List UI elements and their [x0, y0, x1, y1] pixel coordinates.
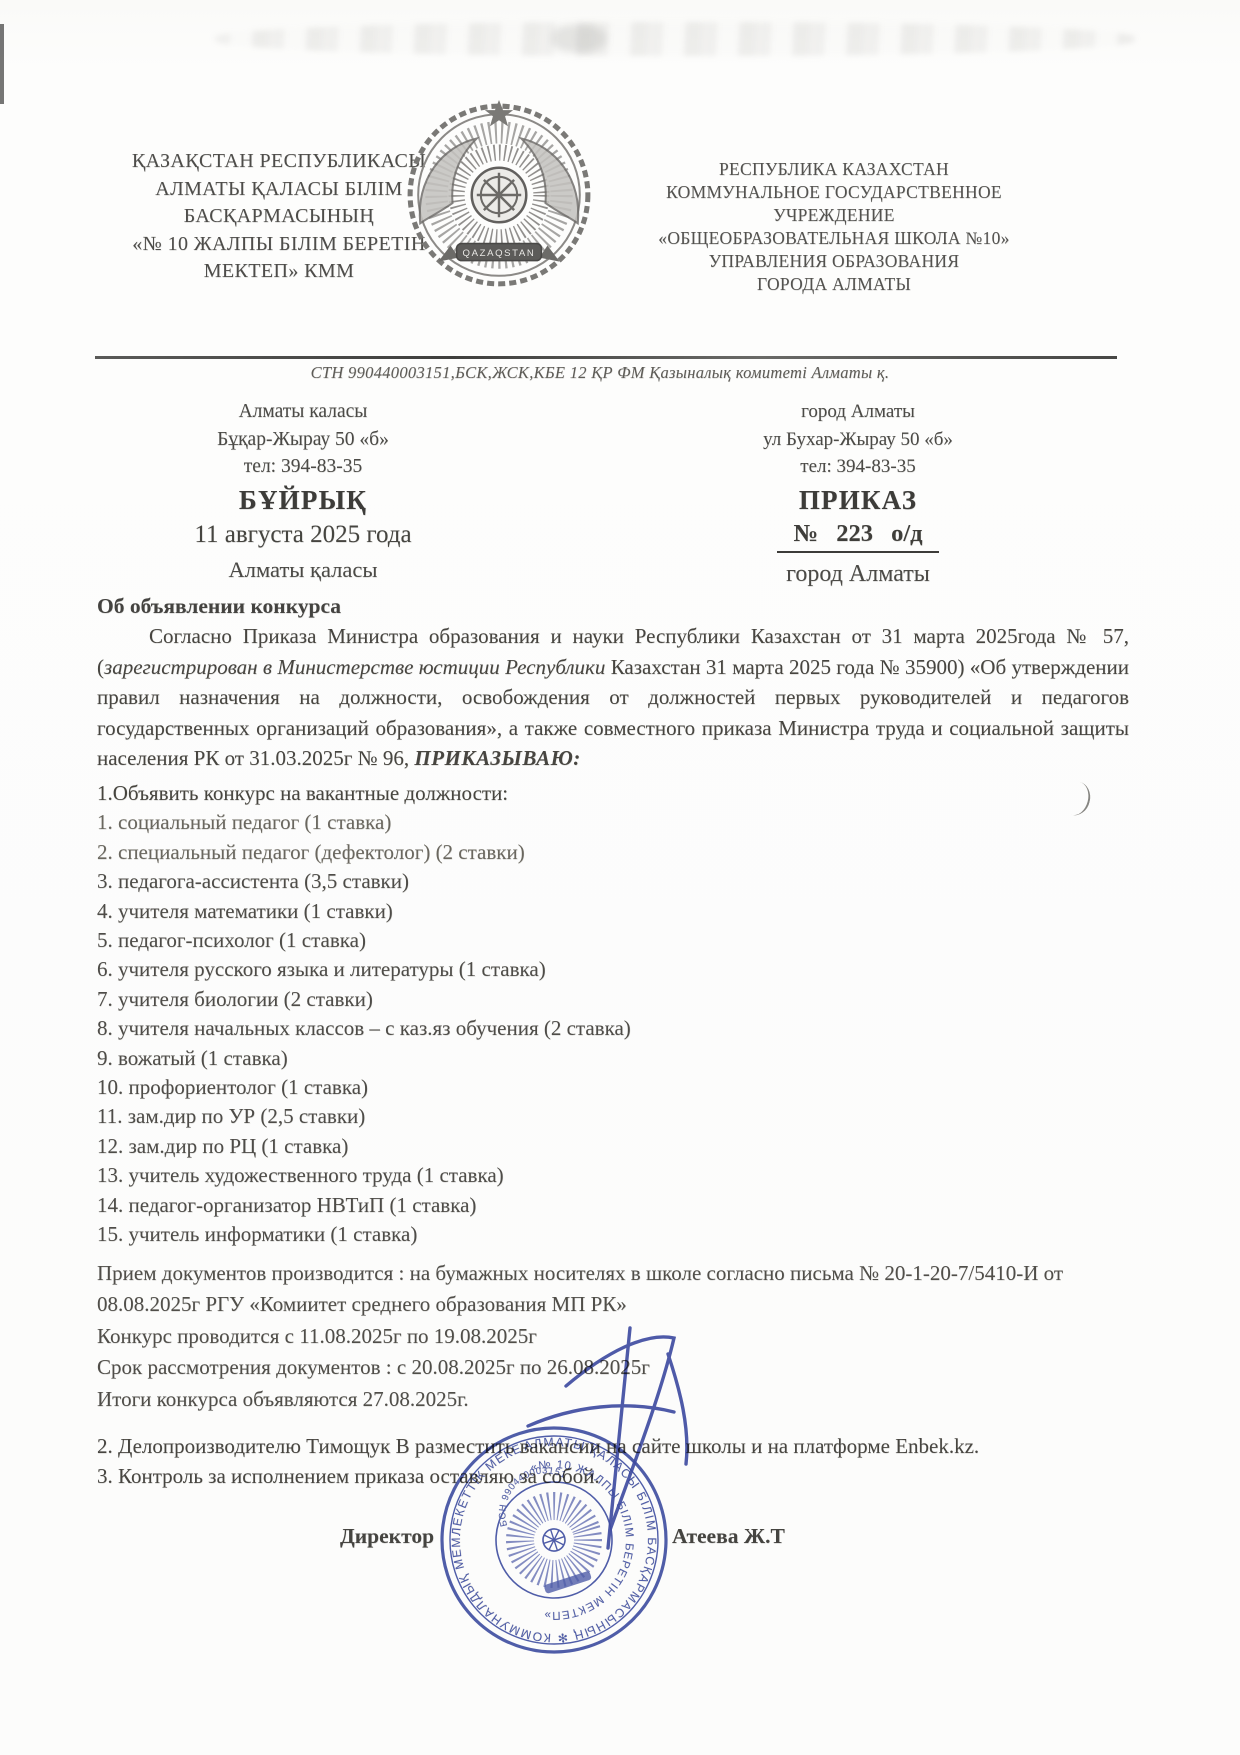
preamble-emphasis: ПРИКАЗЫВАЮ:	[414, 746, 580, 770]
vacancy-item: 3. педагога-ассистента (3,5 ставки)	[97, 867, 1129, 896]
city-line: Алматы каласы	[128, 398, 478, 426]
vacancy-item: 7. учителя биологии (2 ставки)	[97, 985, 1129, 1014]
address-line: Бұқар-Жырау 50 «б»	[128, 426, 478, 454]
phone-line: тел: 394-83-35	[652, 453, 1064, 481]
doc-date: 11 августа 2025 года	[128, 517, 478, 553]
doc-place: город Алматы	[652, 556, 1064, 592]
registration-line: СТН 990440003151,БСК,ЖСК,КБЕ 12 ҚР ФМ Қа…	[80, 363, 1120, 383]
order-info-kazakh: Алматы каласы Бұқар-Жырау 50 «б» тел: 39…	[128, 398, 478, 587]
vacancy-item: 4. учителя математики (1 ставки)	[97, 897, 1129, 926]
doc-type-russian: ПРИКАЗ	[652, 483, 1064, 517]
preamble-italic-text: зарегистрирован в Министерстве юстиции Р…	[104, 655, 605, 679]
vacancy-item: 9. вожатый (1 ставка)	[97, 1044, 1129, 1073]
org-name-russian: РЕСПУБЛИКА КАЗАХСТАН КОММУНАЛЬНОЕ ГОСУДА…	[618, 158, 1050, 296]
vacancy-item: 5. педагог-психолог (1 ставка)	[97, 926, 1129, 955]
vacancy-item: 14. педагог-организатор НВТиП (1 ставка)	[97, 1191, 1129, 1220]
phone-line: тел: 394-83-35	[128, 453, 478, 481]
org-name-line: КОММУНАЛЬНОЕ ГОСУДАРСТВЕННОЕ	[618, 181, 1050, 204]
vacancy-item: 6. учителя русского языка и литературы (…	[97, 955, 1129, 984]
vacancy-item: 15. учитель информатики (1 ставка)	[97, 1220, 1129, 1249]
org-name-line: ГОРОДА АЛМАТЫ	[618, 273, 1050, 296]
doc-number: № 223 о/д	[777, 517, 938, 553]
vacancy-item: 2. специальный педагог (дефектолог) (2 с…	[97, 838, 1129, 867]
order-subject: Об объявлении конкурса	[97, 594, 341, 619]
emblem-banner-label: QAZAQSTAN	[463, 248, 536, 259]
city-line: город Алматы	[652, 398, 1064, 426]
state-emblem-icon: QAZAQSTAN	[398, 92, 600, 298]
vacancy-item: 11. зам.дир по УР (2,5 ставки)	[97, 1102, 1129, 1131]
scan-smudge	[552, 25, 606, 52]
horizontal-rule	[95, 356, 1117, 359]
org-name-line: УПРАВЛЕНИЯ ОБРАЗОВАНИЯ	[618, 250, 1050, 273]
order-preamble: Согласно Приказа Министра образования и …	[97, 621, 1129, 774]
vacancy-list-intro: 1.Объявить конкурс на вакантные должност…	[97, 779, 1129, 808]
vacancy-item: 13. учитель художественного труда (1 ста…	[97, 1161, 1129, 1190]
doc-type-kazakh: БҰЙРЫҚ	[128, 483, 478, 517]
scan-edge-artifact	[0, 24, 4, 104]
vacancy-list: 1.Объявить конкурс на вакантные должност…	[97, 779, 1129, 1250]
org-name-line: РЕСПУБЛИКА КАЗАХСТАН	[618, 158, 1050, 181]
scanned-order-document: ҚАЗАҚСТАН РЕСПУБЛИКАСЫ АЛМАТЫ ҚАЛАСЫ БІЛ…	[0, 0, 1240, 1755]
org-name-line: «ОБЩЕОБРАЗОВАТЕЛЬНАЯ ШКОЛА №10»	[618, 227, 1050, 250]
vacancy-item: 1. социальный педагог (1 ставка)	[97, 808, 1129, 837]
order-info-russian: город Алматы ул Бухар-Жырау 50 «б» тел: …	[652, 398, 1064, 592]
doc-place: Алматы қаласы	[128, 553, 478, 587]
scan-smudge	[215, 22, 1135, 56]
vacancy-item: 8. учителя начальных классов – с каз.яз …	[97, 1014, 1129, 1043]
address-line: ул Бухар-Жырау 50 «б»	[652, 426, 1064, 454]
org-name-line: УЧРЕЖДЕНИЕ	[618, 204, 1050, 227]
vacancy-item: 10. профориентолог (1 ставка)	[97, 1073, 1129, 1102]
official-stamp: АЛМАТЫ ҚАЛАСЫ БІЛІМ БАСҚАРМАСЫНЫҢ ✻ КОММ…	[368, 1298, 928, 1678]
vacancy-item: 12. зам.дир по РЦ (1 ставка)	[97, 1132, 1129, 1161]
